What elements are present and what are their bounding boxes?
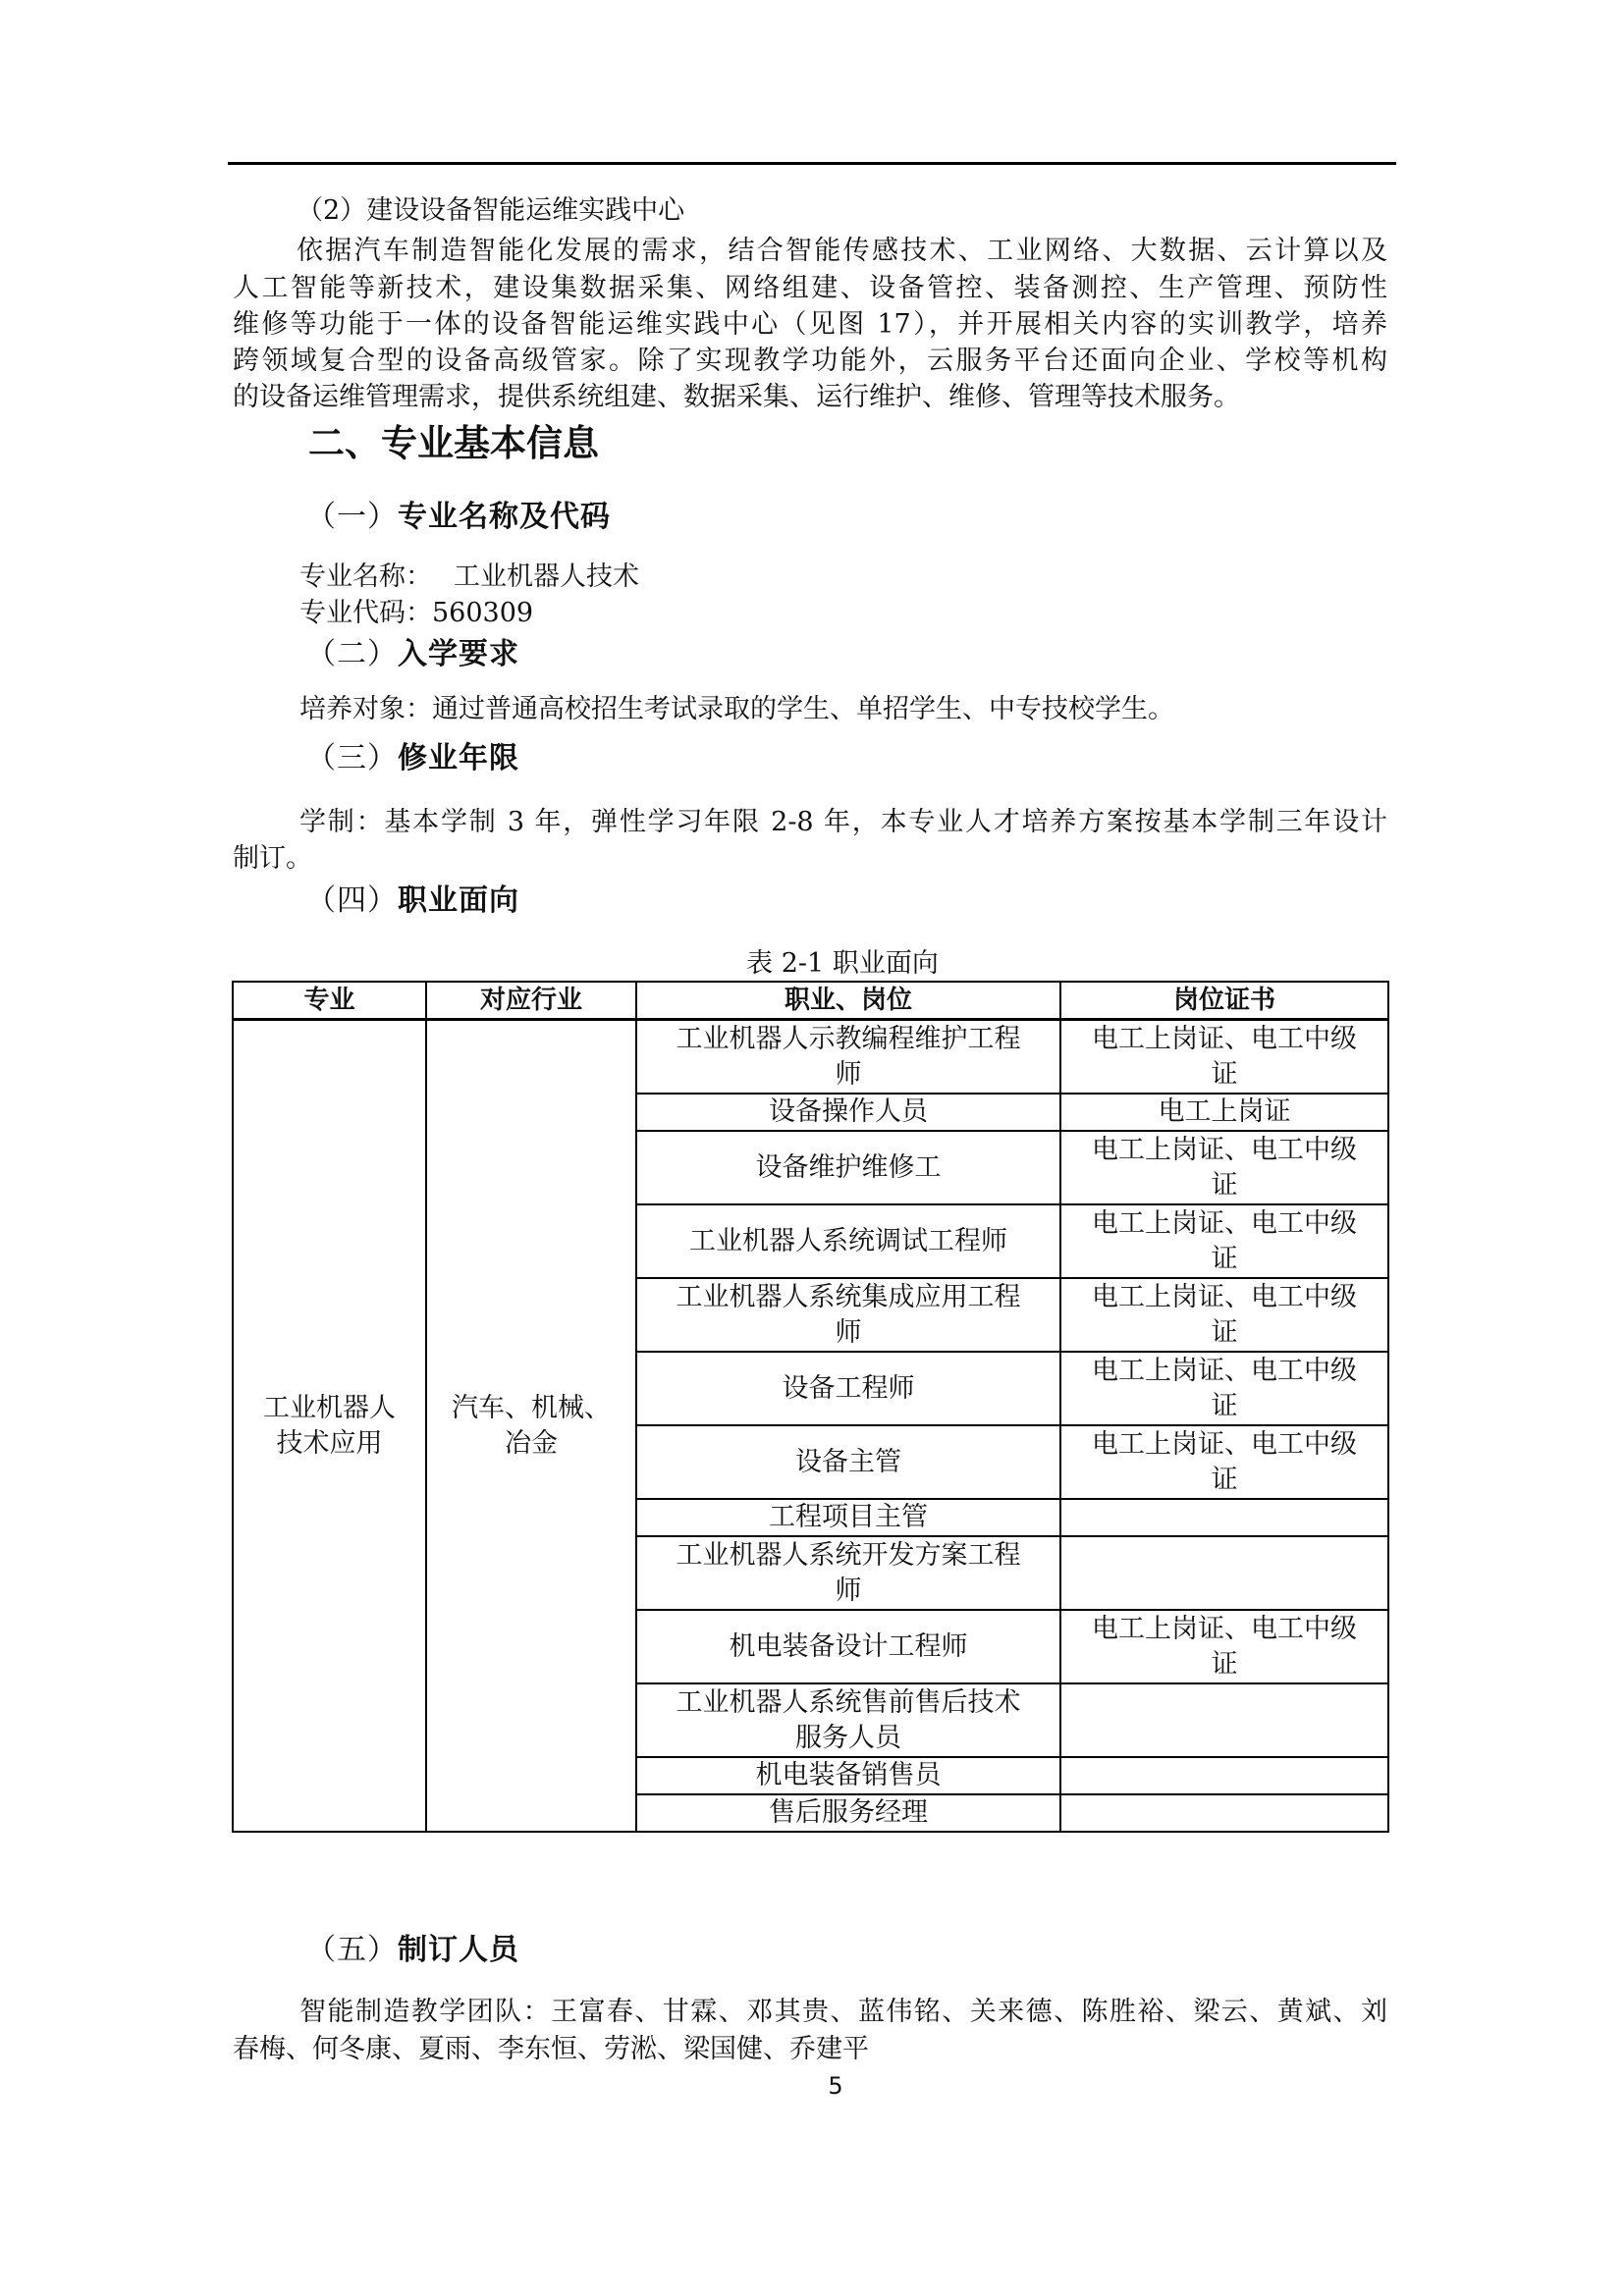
- certificate-cell: 电工上岗证: [1060, 1094, 1388, 1131]
- header-certificate: 岗位证书: [1060, 982, 1388, 1020]
- certificate-cell: 电工上岗证、电工中级证: [1060, 1131, 1388, 1204]
- position-line: 机电装备设计工程师: [643, 1629, 1054, 1665]
- position-line: 工业机器人示教编程维护工程: [643, 1022, 1054, 1057]
- duration-text: 制订。: [233, 841, 1387, 877]
- position-cell: 工业机器人系统集成应用工程师: [636, 1278, 1060, 1352]
- major-code-label: 专业代码：: [299, 598, 432, 628]
- position-cell: 设备操作人员: [636, 1094, 1060, 1131]
- position-line: 设备维护维修工: [643, 1150, 1054, 1186]
- certificate-line: 证: [1067, 1315, 1381, 1351]
- header-industry: 对应行业: [426, 982, 636, 1020]
- certificate-cell: 电工上岗证、电工中级证: [1060, 1425, 1388, 1499]
- section-heading-duration: （三）修业年限: [306, 739, 519, 778]
- major-cell-line: 工业机器人: [240, 1391, 419, 1426]
- position-line: 工业机器人系统集成应用工程: [643, 1280, 1054, 1315]
- position-cell: 机电装备销售员: [636, 1757, 1060, 1794]
- section-title: 职业面向: [398, 883, 519, 918]
- section-title: 入学要求: [398, 637, 519, 671]
- paragraph-line: 依据汽车制造智能化发展的需求，结合智能传感技术、工业网络、大数据、云计算以及: [297, 234, 1387, 269]
- certificate-cell: 电工上岗证、电工中级证: [1060, 1352, 1388, 1425]
- header-rule: [228, 162, 1396, 165]
- certificate-line: 电工上岗证、电工中级: [1067, 1427, 1381, 1463]
- career-table: 专业 对应行业 职业、岗位 岗位证书 工业机器人 技术应用 汽车、机械、 冶金 …: [232, 981, 1389, 1833]
- section-heading-admission: （二）入学要求: [306, 635, 519, 674]
- section-number: （三）: [306, 741, 398, 775]
- certificate-line: 电工上岗证、电工中级: [1067, 1133, 1381, 1168]
- position-cell: 工业机器人系统售前售后技术服务人员: [636, 1683, 1060, 1757]
- position-cell: 工业机器人系统开发方案工程师: [636, 1536, 1060, 1610]
- major-cell: 工业机器人 技术应用: [233, 1020, 426, 1833]
- table-header-row: 专业 对应行业 职业、岗位 岗位证书: [233, 982, 1388, 1020]
- certificate-cell: [1060, 1683, 1388, 1757]
- position-line: 设备操作人员: [643, 1095, 1054, 1130]
- paragraph-line: 人工智能等新技术，建设集数据采集、网络组建、设备管控、装备测控、生产管理、预防性: [233, 271, 1387, 306]
- certificate-line: 证: [1067, 1057, 1381, 1093]
- subsection-heading: （2）建设设备智能运维实践中心: [297, 193, 1451, 229]
- industry-cell-line: 冶金: [433, 1426, 629, 1462]
- certificate-line: 电工上岗证、电工中级: [1067, 1206, 1381, 1242]
- certificate-line: 电工上岗证、电工中级: [1067, 1022, 1381, 1057]
- position-cell: 设备主管: [636, 1425, 1060, 1499]
- authors-text: 春梅、何冬康、夏雨、李东恒、劳淞、梁国健、乔建平: [233, 2032, 1387, 2067]
- position-cell: 机电装备设计工程师: [636, 1610, 1060, 1683]
- position-line: 工业机器人系统开发方案工程: [643, 1538, 1054, 1574]
- certificate-cell: 电工上岗证、电工中级证: [1060, 1610, 1388, 1683]
- position-line: 师: [643, 1057, 1054, 1093]
- admission-text: 培养对象：通过普通高校招生考试录取的学生、单招学生、中专技校学生。: [299, 692, 1454, 727]
- certificate-cell: 电工上岗证、电工中级证: [1060, 1020, 1388, 1095]
- major-name-row: 专业名称：工业机器人技术: [299, 560, 1454, 595]
- position-line: 服务人员: [643, 1721, 1054, 1756]
- position-line: 工程项目主管: [643, 1500, 1054, 1535]
- section-title: 专业名称及代码: [398, 500, 611, 534]
- position-line: 机电装备销售员: [643, 1758, 1054, 1793]
- position-line: 设备主管: [643, 1445, 1054, 1480]
- page-number: 5: [821, 2071, 850, 2101]
- major-cell-line: 技术应用: [240, 1426, 419, 1462]
- duration-text: 学制：基本学制 3 年，弹性学习年限 2-8 年，本专业人才培养方案按基本学制三…: [299, 805, 1387, 840]
- section-number: （一）: [306, 500, 398, 534]
- paragraph-line: 维修等功能于一体的设备智能运维实践中心（见图 17），并开展相关内容的实训教学，…: [233, 307, 1387, 343]
- industry-cell-line: 汽车、机械、: [433, 1391, 629, 1426]
- position-cell: 设备工程师: [636, 1352, 1060, 1425]
- certificate-line: 证: [1067, 1242, 1381, 1277]
- position-line: 设备工程师: [643, 1371, 1054, 1407]
- position-line: 售后服务经理: [643, 1795, 1054, 1831]
- major-code-value: 560309: [432, 598, 533, 628]
- certificate-cell: 电工上岗证、电工中级证: [1060, 1204, 1388, 1278]
- position-cell: 设备维护维修工: [636, 1131, 1060, 1204]
- position-line: 工业机器人系统调试工程师: [643, 1224, 1054, 1259]
- authors-text: 智能制造教学团队：王富春、甘霖、邓其贵、蓝伟铭、关来德、陈胜裕、梁云、黄斌、刘: [299, 1995, 1387, 2030]
- position-cell: 售后服务经理: [636, 1794, 1060, 1832]
- table-row: 工业机器人 技术应用 汽车、机械、 冶金 工业机器人示教编程维护工程师 电工上岗…: [233, 1020, 1388, 1095]
- section-heading-major-name: （一）专业名称及代码: [306, 498, 611, 537]
- major-name-value: 工业机器人技术: [454, 561, 639, 592]
- major-name-label: 专业名称：: [299, 561, 432, 592]
- section-number: （二）: [306, 637, 398, 671]
- position-line: 工业机器人系统售前售后技术: [643, 1685, 1054, 1721]
- certificate-cell: 电工上岗证、电工中级证: [1060, 1278, 1388, 1352]
- certificate-line: 电工上岗证、电工中级: [1067, 1280, 1381, 1315]
- position-line: 师: [643, 1574, 1054, 1609]
- paragraph-line: 跨领域复合型的设备高级管家。除了实现教学功能外，云服务平台还面向企业、学校等机构: [233, 344, 1387, 379]
- paragraph-line: 的设备运维管理需求，提供系统组建、数据采集、运行维护、维修、管理等技术服务。: [233, 380, 1387, 415]
- position-cell: 工程项目主管: [636, 1499, 1060, 1536]
- section-heading-authors: （五）制订人员: [306, 1931, 519, 1970]
- section-title: 制订人员: [398, 1933, 519, 1967]
- header-major: 专业: [233, 982, 426, 1020]
- section-number: （四）: [306, 883, 398, 918]
- header-position: 职业、岗位: [636, 982, 1060, 1020]
- position-cell: 工业机器人示教编程维护工程师: [636, 1020, 1060, 1095]
- certificate-cell: [1060, 1499, 1388, 1536]
- certificate-line: 证: [1067, 1463, 1381, 1498]
- table-caption: 表 2-1 职业面向: [624, 946, 1060, 982]
- position-cell: 工业机器人系统调试工程师: [636, 1204, 1060, 1278]
- certificate-line: 电工上岗证、电工中级: [1067, 1354, 1381, 1389]
- chapter-title: 二、专业基本信息: [308, 422, 599, 465]
- certificate-line: 证: [1067, 1389, 1381, 1424]
- major-code-row: 专业代码：560309: [299, 596, 1454, 631]
- position-line: 师: [643, 1315, 1054, 1351]
- section-title: 修业年限: [398, 741, 519, 775]
- certificate-line: 电工上岗证: [1067, 1095, 1381, 1130]
- certificate-cell: [1060, 1536, 1388, 1610]
- certificate-cell: [1060, 1794, 1388, 1832]
- certificate-cell: [1060, 1757, 1388, 1794]
- industry-cell: 汽车、机械、 冶金: [426, 1020, 636, 1833]
- certificate-line: 证: [1067, 1168, 1381, 1203]
- section-number: （五）: [306, 1933, 398, 1967]
- certificate-line: 证: [1067, 1647, 1381, 1682]
- section-heading-career: （四）职业面向: [306, 881, 519, 921]
- certificate-line: 电工上岗证、电工中级: [1067, 1612, 1381, 1647]
